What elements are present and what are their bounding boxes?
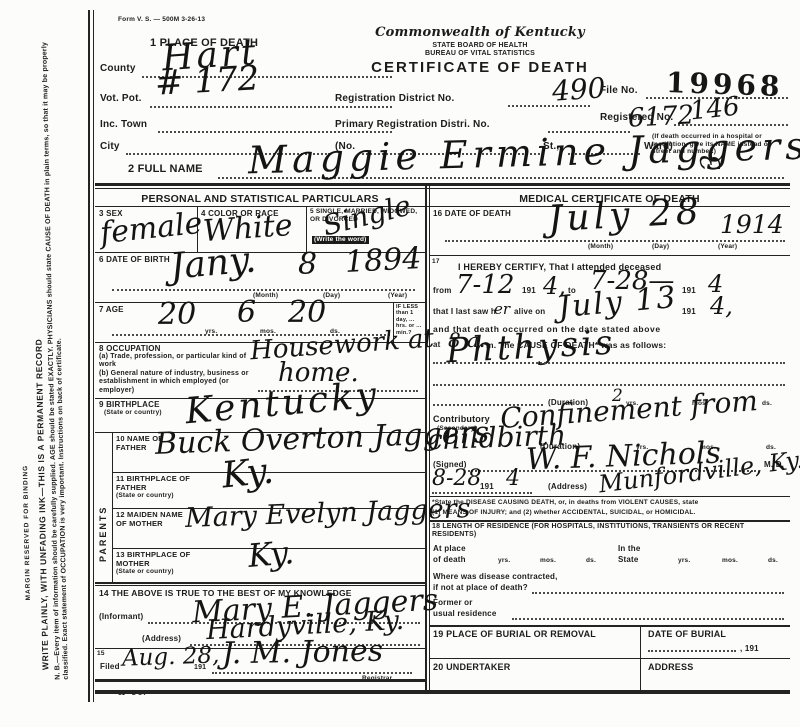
sex-value: female xyxy=(99,209,204,250)
res-yrs-cap-right: yrs. xyxy=(678,557,690,565)
in-the-1: In the xyxy=(618,544,641,553)
regdist-value: 490 xyxy=(551,74,606,106)
father-bp-note: (State or country) xyxy=(116,492,174,500)
rule-burial-bottom xyxy=(429,658,790,659)
cause-leader-1 xyxy=(433,362,785,364)
dob-label: 6 DATE OF BIRTH xyxy=(99,255,170,264)
mother-name-value: Mary Evelyn Jaggers xyxy=(185,495,471,532)
dod-leader xyxy=(445,240,785,242)
inctown-leader xyxy=(158,131,392,133)
former-line-2: usual residence xyxy=(433,609,496,618)
signed-year-print: 191 xyxy=(480,482,494,491)
age-yrs-value: 20 xyxy=(158,300,196,330)
bureau-line: BUREAU OF VITAL STATISTICS xyxy=(330,50,630,58)
certify-item-no: 17 xyxy=(432,258,440,266)
undertaker-address-label: ADDRESS xyxy=(648,662,693,673)
burial-label: 19 PLACE OF BURIAL OR REMOVAL xyxy=(433,629,596,640)
rule-signed-bottom xyxy=(429,496,790,497)
res-mos-cap-right: mos. xyxy=(722,557,738,565)
county-label: County xyxy=(100,63,136,75)
signed-year-digit: 4 xyxy=(506,468,520,490)
signed-date-leader xyxy=(432,492,532,494)
res-yrs-cap-left: yrs. xyxy=(498,557,510,565)
lastsaw-date-value: July 13 xyxy=(557,283,679,323)
filed-item-no: 15 xyxy=(97,650,105,658)
contracted-line-2: if not at place of death? xyxy=(433,583,528,592)
death-certificate-scan: MARGIN RESERVED FOR BINDING WRITE PLAINL… xyxy=(0,0,800,727)
race-marital-divider xyxy=(306,206,307,252)
occupation-a: (a) Trade, profession, or particular kin… xyxy=(99,353,251,370)
votpot-label: Vot. Pot. xyxy=(100,93,142,105)
header-rule-1 xyxy=(95,183,790,186)
informant-label: (Informant) xyxy=(99,612,143,621)
dob-year-cap: (Year) xyxy=(388,292,407,300)
footnote-line-2: (1) MEANS OF INJURY; and (2) whether ACC… xyxy=(432,509,788,517)
contracted-leader xyxy=(532,592,784,594)
father-bp-value: Ky. xyxy=(220,453,275,494)
signed-date-value: 8-28 xyxy=(432,468,481,490)
rule-dod-bottom xyxy=(429,255,790,256)
left-border-outer xyxy=(88,10,90,702)
dod-year-cap: (Year) xyxy=(718,243,737,251)
duration-ds-cap: ds. xyxy=(762,400,772,408)
res-mos-cap-left: mos. xyxy=(540,557,556,565)
rule-residence-bottom xyxy=(429,625,790,627)
father-bp-label: 11 BIRTHPLACE OF FATHER xyxy=(116,475,196,493)
dod-year-value: 1914 xyxy=(720,212,784,237)
dob-leader xyxy=(112,289,415,291)
filed-year-print: 191 xyxy=(194,664,206,672)
fileno-label: File No. xyxy=(600,85,638,97)
certify-to-year-print: 191 xyxy=(682,286,696,295)
fullname-label: 2 FULL NAME xyxy=(128,163,203,176)
at-label: at xyxy=(433,340,441,349)
footnote-line-1: *State the DISEASE CAUSING DEATH, or, in… xyxy=(432,499,788,507)
dod-month-day-value: July 28 xyxy=(547,194,703,238)
at-place-1: At place xyxy=(433,544,466,553)
registrar-signature: J. M. Jones xyxy=(222,637,384,670)
parents-strip-divider xyxy=(112,432,113,582)
dob-month-value: Jany. xyxy=(169,242,258,285)
lastsaw-year-print: 191 xyxy=(682,307,696,316)
res-ds-cap-right: ds. xyxy=(768,557,778,565)
margin-nb-paragraph: N. B.—Every item of information should b… xyxy=(41,34,92,680)
primreg-label: Primary Registration Distri. No. xyxy=(335,119,490,131)
registrar-leader xyxy=(212,672,412,674)
commonwealth-title: Commonwealth of Kentucky xyxy=(330,25,630,40)
age-ds-value: 20 xyxy=(288,298,326,328)
contracted-line-1: Where was disease contracted, xyxy=(433,572,558,581)
lastsaw-pre: that I last saw h xyxy=(433,307,496,316)
certify-from-label: from xyxy=(433,286,452,295)
mother-bp-value: Ky. xyxy=(247,536,295,572)
at-place-2: of death xyxy=(433,555,466,564)
dob-day-value: 8 xyxy=(298,250,317,280)
regdist-label: Registration District No. xyxy=(335,93,454,105)
dod-label: 16 DATE OF DEATH xyxy=(433,209,511,218)
dob-year-value: 1894 xyxy=(344,244,422,278)
former-line-1: Former or xyxy=(433,598,473,607)
age-label: 7 AGE xyxy=(99,305,124,314)
dod-day-cap: (Day) xyxy=(652,243,669,251)
lastsaw-year-digit: 4, xyxy=(710,294,733,318)
form-code: Form V. S. — 500M 3-26-13 xyxy=(118,16,205,24)
inctown-label: Inc. Town xyxy=(100,119,147,131)
mother-bp-label: 13 BIRTHPLACE OF MOTHER xyxy=(116,551,196,569)
regno-value: 146 xyxy=(689,93,741,124)
dod-month-cap: (Month) xyxy=(588,243,613,251)
informant-addr-label: (Address) xyxy=(142,634,181,643)
undertaker-cell-divider xyxy=(640,658,641,690)
in-the-2: State xyxy=(618,555,639,564)
lastsaw-hand: er xyxy=(494,302,510,317)
addr-cap: (Address) xyxy=(548,482,587,491)
state-board-line: STATE BOARD OF HEALTH xyxy=(330,42,630,50)
certify-from-year-print: 191 xyxy=(522,286,536,295)
certify-from-value: 7-12 xyxy=(456,272,514,298)
bottom-rule xyxy=(95,690,790,694)
lastsaw-mid: alive on xyxy=(514,307,545,316)
burial-year-print: , 191 xyxy=(740,644,759,653)
left-border-inner xyxy=(93,10,94,702)
rule-footnote-bottom xyxy=(429,520,790,522)
filed-label: Filed xyxy=(100,662,120,671)
residence-heading: 18 LENGTH OF RESIDENCE (FOR HOSPITALS, I… xyxy=(432,523,784,540)
birthplace-note: (State or country) xyxy=(104,409,162,417)
rule-parents-bottom-1 xyxy=(95,582,425,584)
burial-cell-divider xyxy=(640,625,641,658)
regno-label: Registered No. xyxy=(600,112,673,124)
header-rule-2 xyxy=(95,188,790,189)
undertaker-label: 20 UNDERTAKER xyxy=(433,662,510,673)
dob-month-cap: (Month) xyxy=(253,292,278,300)
former-leader xyxy=(512,618,784,620)
binding-margin: MARGIN RESERVED FOR BINDING WRITE PLAINL… xyxy=(0,0,98,727)
rule-filed-bottom xyxy=(95,679,425,682)
age-mos-value: 6 xyxy=(237,298,256,328)
burial-date-leader xyxy=(648,650,736,652)
burial-date-label: DATE OF BURIAL xyxy=(648,629,726,640)
votpot-leader xyxy=(150,106,392,108)
rule-dob-bottom xyxy=(95,302,425,303)
city-label: City xyxy=(100,141,120,153)
parents-caption: PARENTS xyxy=(98,462,109,562)
votpot-value: # 172 xyxy=(154,61,260,100)
res-ds-cap-left: ds. xyxy=(586,557,596,565)
mother-bp-note: (State or country) xyxy=(116,568,174,576)
